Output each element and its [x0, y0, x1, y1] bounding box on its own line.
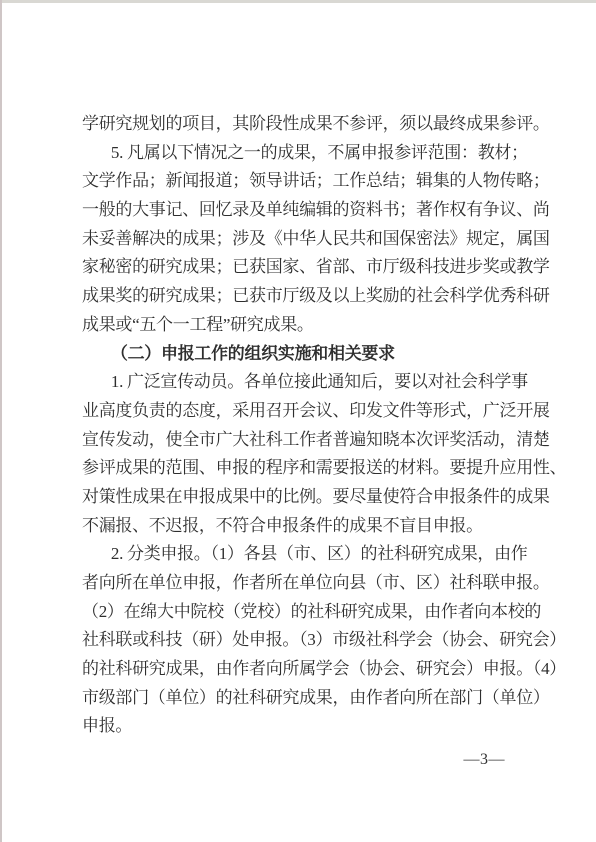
document-page: 学研究规划的项目，其阶段性成果不参评，须以最终成果参评。5. 凡属以下情况之一的… [0, 0, 596, 842]
text-line: 一般的大事记、回忆录及单纯编辑的资料书；著作权有争议、尚 [82, 196, 520, 225]
text-line: 宣传发动，使全市广大社科工作者普遍知晓本次评奖活动，清楚 [82, 426, 520, 455]
text-line: 社科联或科技（研）处申报。（3）市级社科学会（协会、研究会） [82, 626, 520, 655]
text-line: 学研究规划的项目，其阶段性成果不参评，须以最终成果参评。 [82, 110, 520, 139]
text-line: 市级部门（单位）的社科研究成果，由作者向所在部门（单位） [82, 684, 520, 713]
text-line: 1. 广泛宣传动员。各单位接此通知后，要以对社会科学事 [82, 368, 520, 397]
text-line: 申报。 [82, 712, 520, 741]
text-line: （2）在绵大中院校（党校）的社科研究成果，由作者向本校的 [82, 598, 520, 627]
text-line: 不漏报、不迟报，不符合申报条件的成果不盲目申报。 [82, 512, 520, 541]
text-line: 的社科研究成果，由作者向所属学会（协会、研究会）申报。（4） [82, 655, 520, 684]
text-line: （二）申报工作的组织实施和相关要求 [82, 340, 520, 369]
text-line: 家秘密的研究成果；已获国家、省部、市厅级科技进步奖或教学 [82, 253, 520, 282]
text-line: 者向所在单位申报，作者所在单位向县（市、区）社科联申报。 [82, 569, 520, 598]
text-line: 未妥善解决的成果；涉及《中华人民共和国保密法》规定，属国 [82, 225, 520, 254]
text-line: 参评成果的范围、申报的程序和需要报送的材料。要提升应用性、 [82, 454, 520, 483]
text-line: 5. 凡属以下情况之一的成果，不属申报参评范围：教材； [82, 139, 520, 168]
page-number: —3— [464, 751, 506, 769]
text-line: 文学作品；新闻报道；领导讲话；工作总结；辑集的人物传略； [82, 167, 520, 196]
document-body: 学研究规划的项目，其阶段性成果不参评，须以最终成果参评。5. 凡属以下情况之一的… [82, 110, 520, 741]
text-line: 业高度负责的态度，采用召开会议、印发文件等形式，广泛开展 [82, 397, 520, 426]
scan-edge-left-line [0, 0, 2, 842]
text-line: 2. 分类申报。（1）各县（市、区）的社科研究成果，由作 [82, 540, 520, 569]
scan-edge-top-line [0, 0, 596, 3]
text-line: 成果或“五个一工程”研究成果。 [82, 311, 520, 340]
text-line: 对策性成果在申报成果中的比例。要尽量使符合申报条件的成果 [82, 483, 520, 512]
text-line: 成果奖的研究成果；已获市厅级及以上奖励的社会科学优秀科研 [82, 282, 520, 311]
